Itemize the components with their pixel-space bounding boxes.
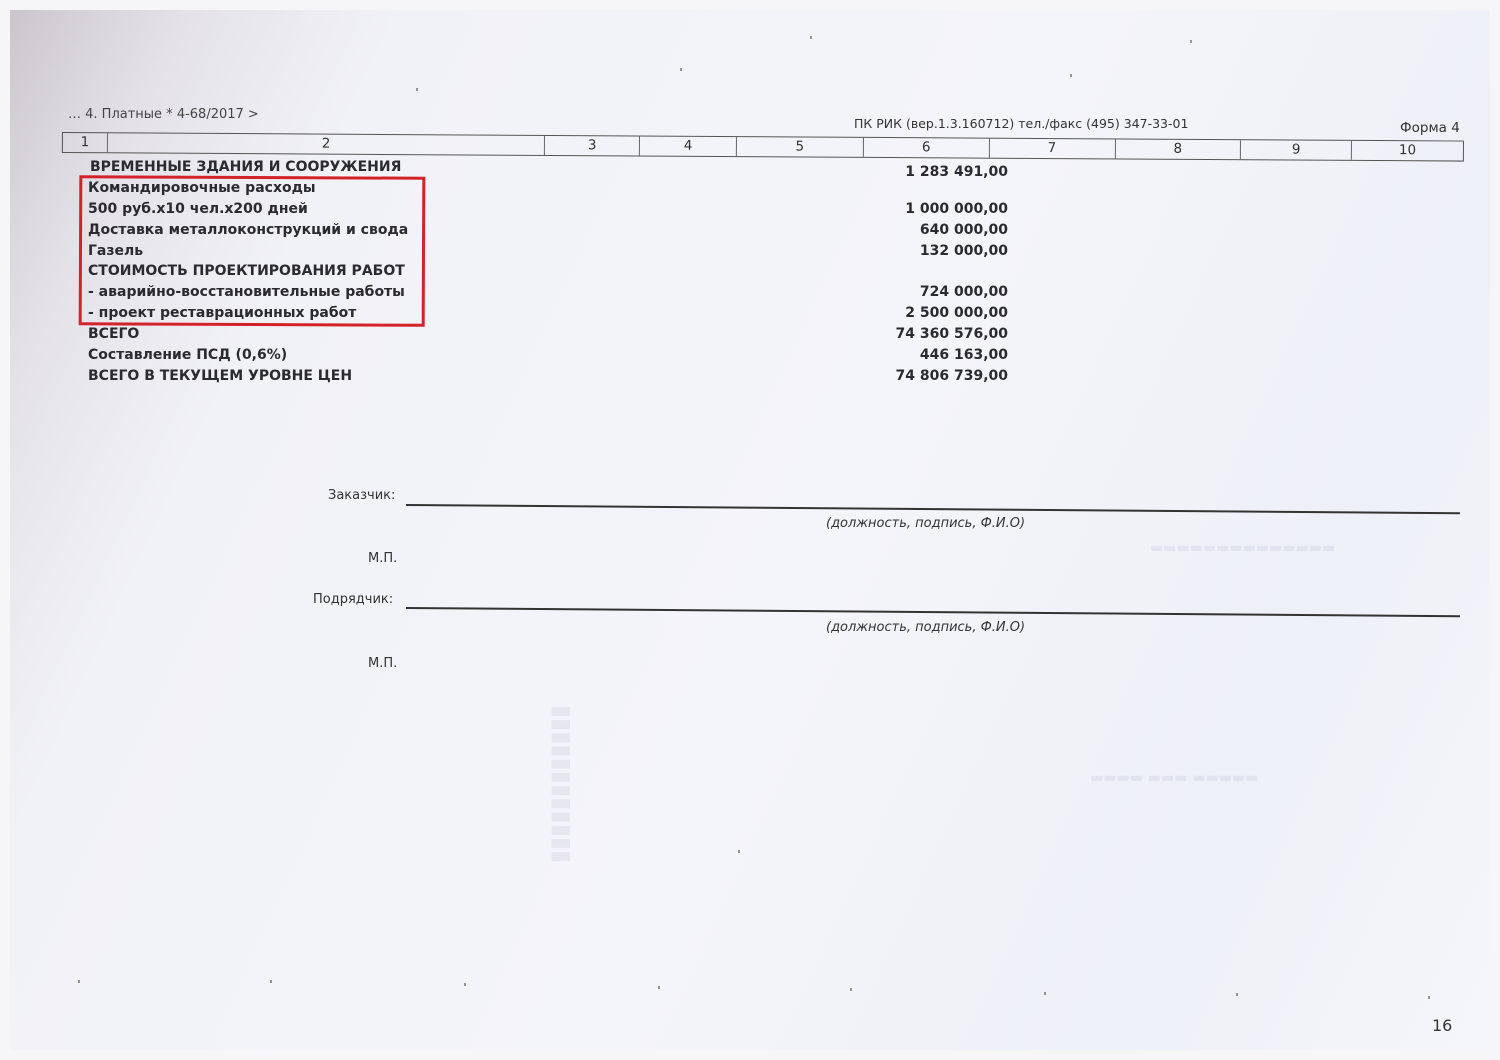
column-header: 7 xyxy=(990,139,1116,159)
table-row: ВСЕГО В ТЕКУЩЕМ УРОВНЕ ЦЕН74 806 739,00 xyxy=(88,366,1008,387)
document-reference: … 4. Платные * 4-68/2017 > xyxy=(68,107,259,122)
row-value: 132 000,00 xyxy=(920,241,1008,261)
table-row: ВСЕГО74 360 576,00 xyxy=(88,324,1008,345)
column-header: 9 xyxy=(1241,140,1352,160)
scan-speck xyxy=(680,68,682,71)
highlight-box xyxy=(79,175,426,327)
software-info: ПК РИК (вер.1.3.160712) тел./факс (495) … xyxy=(854,116,1188,131)
table-row: Составление ПСД (0,6%)446 163,00 xyxy=(88,345,1008,366)
column-header: 8 xyxy=(1115,139,1241,159)
page-number: 16 xyxy=(1432,1016,1452,1035)
scan-speck xyxy=(78,980,80,983)
row-label: ВРЕМЕННЫЕ ЗДАНИЯ И СООРУЖЕНИЯ xyxy=(90,157,401,177)
contractor-signature-line xyxy=(406,607,1460,617)
column-header: 10 xyxy=(1352,141,1463,161)
customer-signature-line xyxy=(406,504,1460,514)
scan-speck xyxy=(810,36,812,39)
row-value: 640 000,00 xyxy=(920,220,1008,240)
row-label: ВСЕГО xyxy=(88,324,139,344)
contractor-stamp: М.П. xyxy=(368,656,397,671)
row-label: Составление ПСД (0,6%) xyxy=(88,345,287,365)
scan-speck xyxy=(1044,992,1046,995)
table-row: ВРЕМЕННЫЕ ЗДАНИЯ И СООРУЖЕНИЯ1 283 491,0… xyxy=(90,157,1008,178)
scan-speck xyxy=(416,88,418,91)
bleed-through-text: ▬▬▬▬▬▬▬▬▬▬▬▬▬▬ xyxy=(1150,540,1335,556)
row-value: 446 163,00 xyxy=(920,345,1008,365)
scan-speck xyxy=(738,850,740,853)
column-header: 3 xyxy=(545,136,640,156)
scan-speck xyxy=(1070,74,1072,77)
form-label: Форма 4 xyxy=(1400,120,1460,136)
row-label: ВСЕГО В ТЕКУЩЕМ УРОВНЕ ЦЕН xyxy=(88,366,352,386)
scan-speck xyxy=(270,980,272,983)
scan-speck xyxy=(464,983,466,986)
column-header: 2 xyxy=(108,133,545,155)
customer-signature-note: (должность, подпись, Ф.И.О) xyxy=(826,516,1025,531)
document-page: ▮▮▮▮▮▮▮▮▮▮▮▮ ▬▬▬▬▬▬▬▬▬▬▬▬▬▬ ▬▬▬▬ ▬▬▬ ▬▬▬… xyxy=(10,10,1490,1050)
row-value: 2 500 000,00 xyxy=(905,303,1008,323)
scan-speck xyxy=(1428,996,1430,999)
column-header: 5 xyxy=(737,137,864,157)
column-header: 6 xyxy=(864,138,990,158)
contractor-label: Подрядчик: xyxy=(313,592,393,607)
scan-speck xyxy=(850,988,852,991)
customer-label: Заказчик: xyxy=(328,488,395,503)
row-value: 724 000,00 xyxy=(920,282,1008,302)
row-value: 74 806 739,00 xyxy=(896,366,1008,386)
column-header: 1 xyxy=(63,133,108,152)
contractor-signature-note: (должность, подпись, Ф.И.О) xyxy=(826,620,1025,635)
customer-stamp: М.П. xyxy=(368,551,397,566)
row-value: 74 360 576,00 xyxy=(896,324,1008,344)
row-value: 1 000 000,00 xyxy=(905,199,1008,219)
bleed-through-text: ▬▬▬▬ ▬▬▬ ▬▬▬▬▬ xyxy=(1090,770,1258,786)
column-header: 4 xyxy=(640,137,737,157)
scan-speck xyxy=(658,986,660,989)
scan-speck xyxy=(1236,993,1238,996)
scan-speck xyxy=(1190,40,1192,43)
bleed-through-text: ▮▮▮▮▮▮▮▮▮▮▮▮ xyxy=(545,705,573,863)
